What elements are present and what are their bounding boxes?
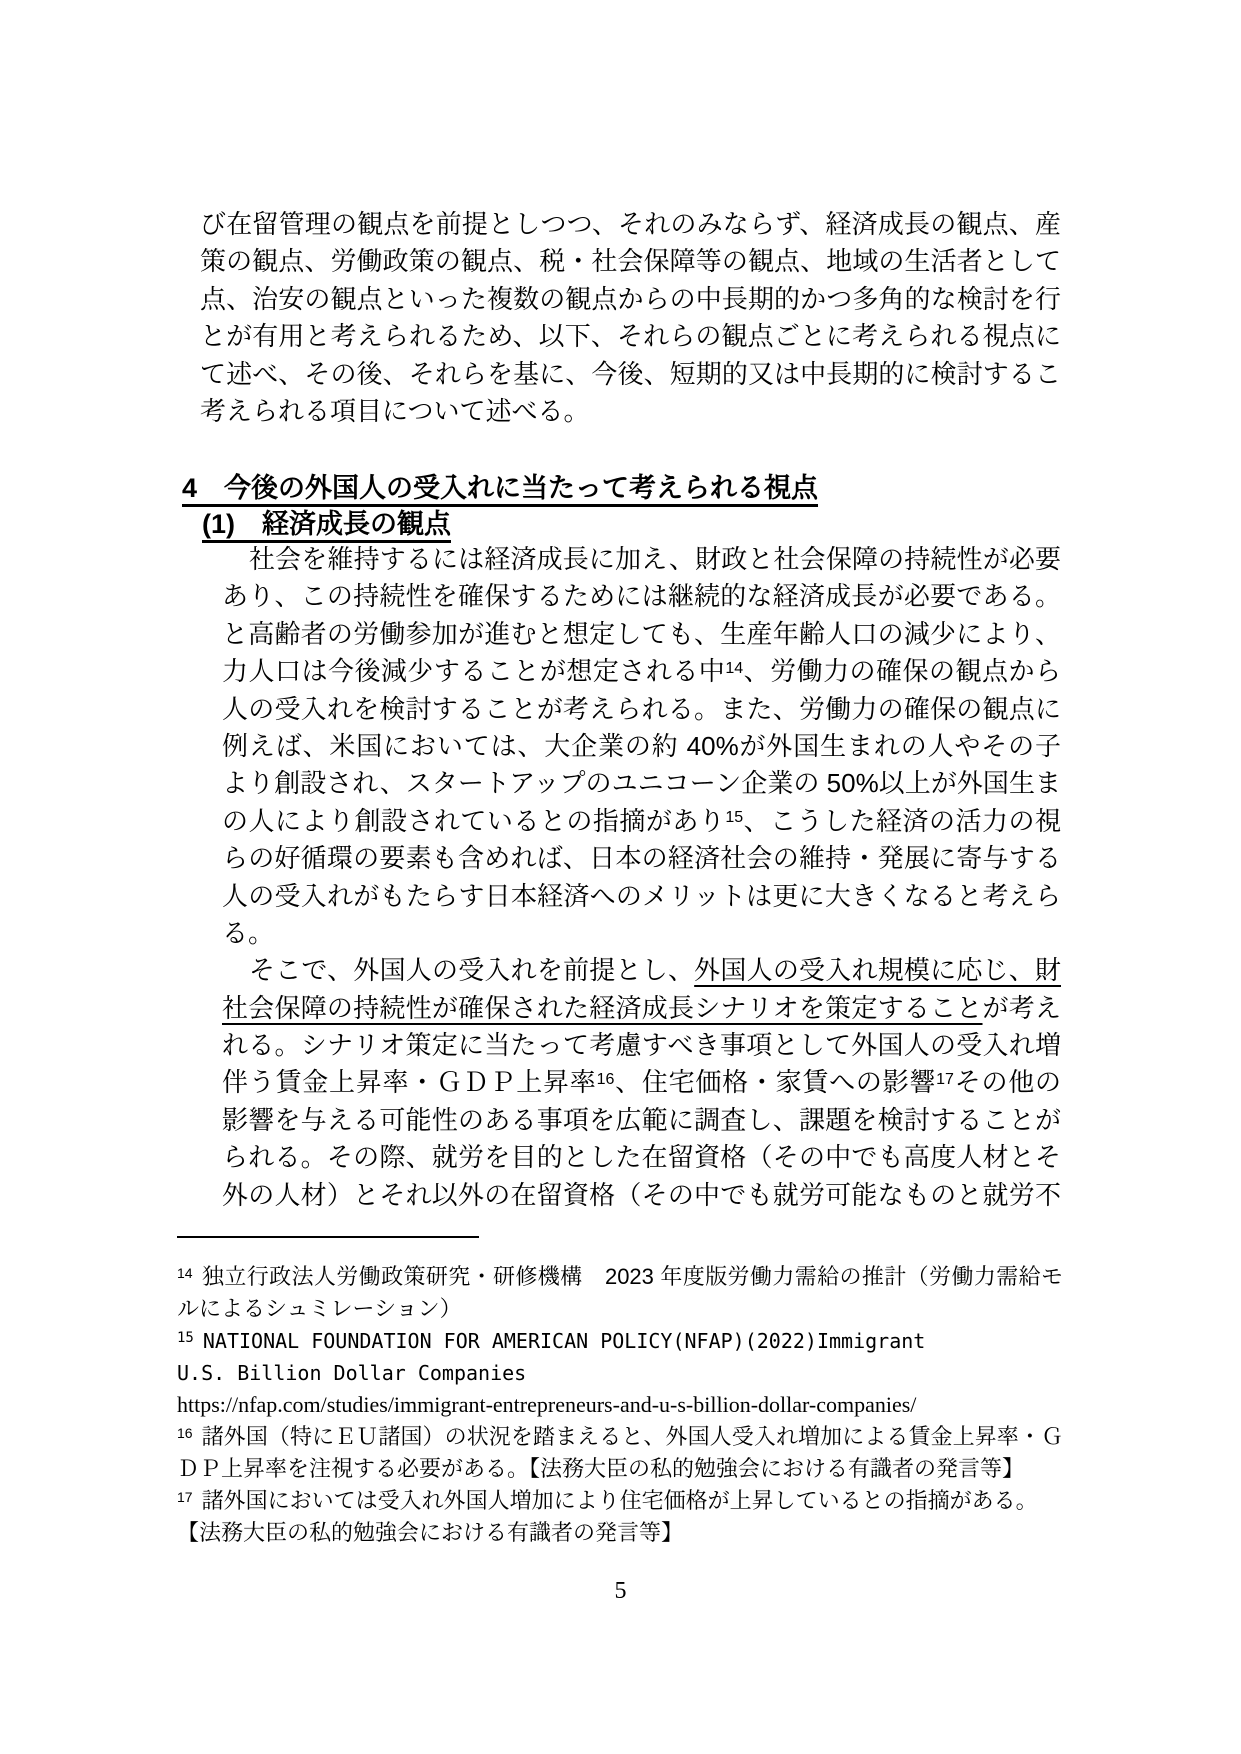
footnote-15-continued: U.S. Billion Dollar Companies [177,1357,1063,1389]
text-segment: 伴う賃金上昇率・ＧＤＰ上昇率 [222,1067,597,1097]
footnote-14-marker: 14 [177,1265,193,1281]
text-line: そこで、外国人の受入れを前提とし、外国人の受入れ規模に応じ、財政と [222,952,1061,989]
text-line: とが有用と考えられるため、以下、それらの観点ごとに考えられる視点につい [200,318,1061,355]
footnote-ref-17: 17 [936,1071,954,1088]
subsection-heading: (1) 経済成長の観点 [202,506,451,542]
text-segment: そこで、外国人の受入れを前提とし、 [249,955,694,985]
footnote-text: 独立行政法人労働政策研究・研修機構 2023 年度版労働力需給の推計（労働力需給… [177,1264,1063,1293]
page-number: 5 [0,1578,1241,1605]
text-line: 人の受入れを検討することが考えられる。また、労働力の確保の観点に加え、 [222,691,1061,728]
text-line: び在留管理の観点を前提としつつ、それのみならず、経済成長の観点、産業政 [200,206,1061,243]
text-segment: の人により創設されているとの指摘があり [222,806,725,836]
text-line: の人により創設されているとの指摘があり15、こうした経済の活力の視点か [222,803,1061,840]
text-line: 点、治安の観点といった複数の観点からの中長期的かつ多角的な検討を行うこ [200,281,1061,318]
section-heading-text: 4 今後の外国人の受入れに当たって考えられる視点 [182,473,818,503]
footnote-14: 14独立行政法人労働政策研究・研修機構 2023 年度版労働力需給の推計（労働力… [177,1261,1063,1293]
footnote-16-continued: ＤＰ上昇率を注視する必要がある。【法務大臣の私的勉強会における有識者の発言等】 [177,1453,1063,1485]
footnote-text: 諸外国（特にＥＵ諸国）の状況を踏まえると、外国人受入れ増加による賃金上昇率・Ｇ [202,1424,1063,1449]
text-line: あり、この持続性を確保するためには継続的な経済成長が必要である。女性 [222,578,1061,615]
text-line: と高齢者の労働参加が進むと想定しても、生産年齢人口の減少により、労働 [222,616,1061,653]
section-heading: 4 今後の外国人の受入れに当たって考えられる視点 [182,470,818,506]
footnote-ref-16: 16 [597,1071,615,1088]
text-line: 例えば、米国においては、大企業の約 40%が外国生まれの人やその子どもに [222,728,1061,765]
footnote-text: 諸外国においては受入れ外国人増加により住宅価格が上昇しているとの指摘がある。 [202,1488,1038,1513]
footnote-text: NATIONAL FOUNDATION FOR AMERICAN POLICY(… [177,1329,925,1357]
document-page: び在留管理の観点を前提としつつ、それのみならず、経済成長の観点、産業政 策の観点… [0,0,1241,1754]
footnotes: 14独立行政法人労働政策研究・研修機構 2023 年度版労働力需給の推計（労働力… [177,1261,1063,1549]
footnote-15-url: https://nfap.com/studies/immigrant-entre… [177,1389,1063,1421]
text-line: 外の人材）とそれ以外の在留資格（その中でも就労可能なものと就労不可能 [222,1177,1061,1214]
underlined-text: 社会保障の持続性が確保された経済成長シナリオを策定すること [222,993,983,1023]
footnote-17-continued: 【法務大臣の私的勉強会における有識者の発言等】 [177,1517,1063,1549]
footnote-17: 17諸外国においては受入れ外国人増加により住宅価格が上昇しているとの指摘がある。 [177,1485,1063,1517]
text-line: られる。その際、就労を目的とした在留資格（その中でも高度人材とそれ以 [222,1139,1061,1176]
text-line: 考えられる項目について述べる。 [200,393,1061,430]
text-line: て述べ、その後、それらを基に、今後、短期的又は中長期的に検討することが [200,356,1061,393]
footnote-14-continued: ルによるシュミレーション） [177,1293,1063,1325]
footnote-ref-15: 15 [725,809,743,826]
text-line: 影響を与える可能性のある事項を広範に調査し、課題を検討することが考え [222,1102,1061,1139]
footnote-16-marker: 16 [177,1425,193,1441]
text-line: らの好循環の要素も含めれば、日本の経済社会の維持・発展に寄与する外国 [222,840,1061,877]
footnote-ref-14: 14 [725,660,743,677]
text-line: 力人口は今後減少することが想定される中14、労働力の確保の観点から外国 [222,653,1061,690]
text-line: れる。シナリオ策定に当たって考慮すべき事項として外国人の受入れ増加に [222,1027,1061,1064]
text-line: る。 [222,915,1061,952]
text-line: 社会を維持するには経済成長に加え、財政と社会保障の持続性が必要で [222,541,1061,578]
subsection-heading-text: (1) 経済成長の観点 [202,509,451,539]
text-line: 人の受入れがもたらす日本経済へのメリットは更に大きくなると考えられ [222,878,1061,915]
paragraph-continuation: び在留管理の観点を前提としつつ、それのみならず、経済成長の観点、産業政 策の観点… [200,206,1061,430]
footnote-15-marker: 15 [177,1330,194,1346]
footnote-16: 16諸外国（特にＥＵ諸国）の状況を踏まえると、外国人受入れ増加による賃金上昇率・… [177,1421,1063,1453]
footnote-17-marker: 17 [177,1489,193,1505]
text-line: 社会保障の持続性が確保された経済成長シナリオを策定することが考えら [222,990,1061,1027]
footnote-separator [177,1236,479,1238]
text-line: 策の観点、労働政策の観点、税・社会保障等の観点、地域の生活者としての観 [200,243,1061,280]
text-segment: 、住宅価格・家賃への影響 [614,1067,936,1097]
text-line: より創設され、スタートアップのユニコーン企業の 50%以上が外国生まれ [222,765,1061,802]
text-segment: 力人口は今後減少することが想定される中 [222,656,725,686]
section-body: 社会を維持するには経済成長に加え、財政と社会保障の持続性が必要で あり、この持続… [222,541,1061,1214]
footnote-15: 15NATIONAL FOUNDATION FOR AMERICAN POLIC… [177,1325,1063,1357]
text-line: 伴う賃金上昇率・ＧＤＰ上昇率16、住宅価格・家賃への影響17その他の経済に [222,1064,1061,1101]
